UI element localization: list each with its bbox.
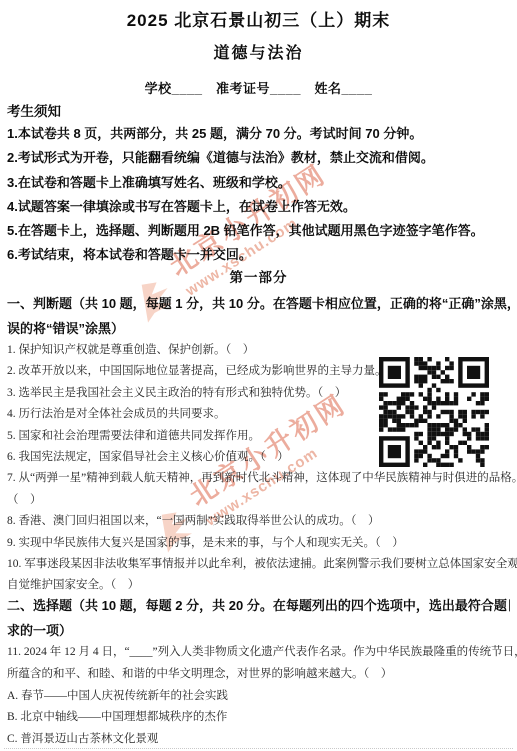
judgement-heading-line: 一、判断题（共 10 题，每题 1 分，共 10 分。在答题卡相应位置，正确的将… bbox=[7, 291, 510, 316]
notice-item: 2.考试形式为开卷，只能翻看统编《道德与法治》教材，禁止交流和借阅。 bbox=[7, 146, 510, 170]
notice-item: 1.本试卷共 8 页，共两部分，共 25 题，满分 70 分。考试时间 70 分… bbox=[7, 122, 510, 146]
question-11-option-a: A. 春节——中国人庆祝传统新年的社会实践 bbox=[7, 686, 517, 708]
notice-item: 5.在答题卡上，选择题、判断题用 2B 铅笔作答，其他试题用黑色字迹签字笔作答。 bbox=[7, 219, 510, 243]
judgement-section-heading: 一、判断题（共 10 题，每题 1 分，共 10 分。在答题卡相应位置，正确的将… bbox=[7, 291, 510, 342]
part1-title: 第一部分 bbox=[0, 266, 517, 286]
judgement-item-9: 9. 实现中华民族伟大复兴是国家的事，是未来的事，与个人和现实无关。（ ） bbox=[7, 533, 517, 554]
notice-list: 1.本试卷共 8 页，共两部分，共 25 题，满分 70 分。考试时间 70 分… bbox=[7, 122, 510, 268]
judgement-item-8: 8. 香港、澳门回归祖国以来，“一国两制”实践取得举世公认的成功。（ ） bbox=[7, 511, 517, 532]
question-11: 11. 2024 年 12 月 4 日，“____”列入人类非物质文化遗产代表作… bbox=[7, 642, 517, 751]
notice-item: 3.在试卷和答题卡上准确填写姓名、班级和学校。 bbox=[7, 171, 510, 195]
question-11-stem-continued: 所蕴含的和平、和睦、和谐的中华文明理念，对世界的影响越来越大。（ ） bbox=[7, 664, 517, 686]
judgement-heading-line: 误的将“错误”涂黑） bbox=[7, 316, 510, 341]
notice-item: 4.试题答案一律填涂或书写在答题卡上，在试卷上作答无效。 bbox=[7, 195, 510, 219]
judgement-item-10: 10. 军事迷段某因非法收集军事情报并以此牟利，被依法逮捕。此案例警示我们要树立… bbox=[7, 554, 517, 575]
exam-page: 北京小升初网 www.xschu.com 北京小升初网 www.xschu.co… bbox=[0, 0, 517, 751]
choice-section-heading: 二、选择题（共 10 题，每题 2 分，共 20 分。在每题列出的四个选项中，选… bbox=[7, 594, 510, 643]
choice-heading-line: 求的一项） bbox=[7, 619, 510, 644]
notice-heading: 考生须知 bbox=[7, 100, 61, 120]
exam-title: 2025 北京石景山初三（上）期末 bbox=[0, 6, 517, 31]
question-11-option-b: B. 北京中轴线——中国理想都城秩序的杰作 bbox=[7, 707, 517, 729]
question-11-stem: 11. 2024 年 12 月 4 日，“____”列入人类非物质文化遗产代表作… bbox=[7, 642, 517, 664]
exam-subject: 道德与法治 bbox=[0, 40, 517, 63]
judgement-item-7-answer-blank: （ ） bbox=[7, 490, 517, 511]
qr-code bbox=[379, 357, 489, 467]
notice-item: 6.考试结束，将本试卷和答题卡一并交回。 bbox=[7, 243, 510, 267]
student-info-fields: 学校____ 准考证号____ 姓名____ bbox=[0, 78, 517, 97]
judgement-item-7: 7. 从“两弹一星”精神到载人航天精神，再到新时代北斗精神，这体现了中华民族精神… bbox=[7, 468, 517, 489]
choice-heading-line: 二、选择题（共 10 题，每题 2 分，共 20 分。在每题列出的四个选项中，选… bbox=[7, 594, 510, 619]
question-11-option-c: C. 普洱景迈山古茶林文化景观 bbox=[7, 729, 517, 751]
